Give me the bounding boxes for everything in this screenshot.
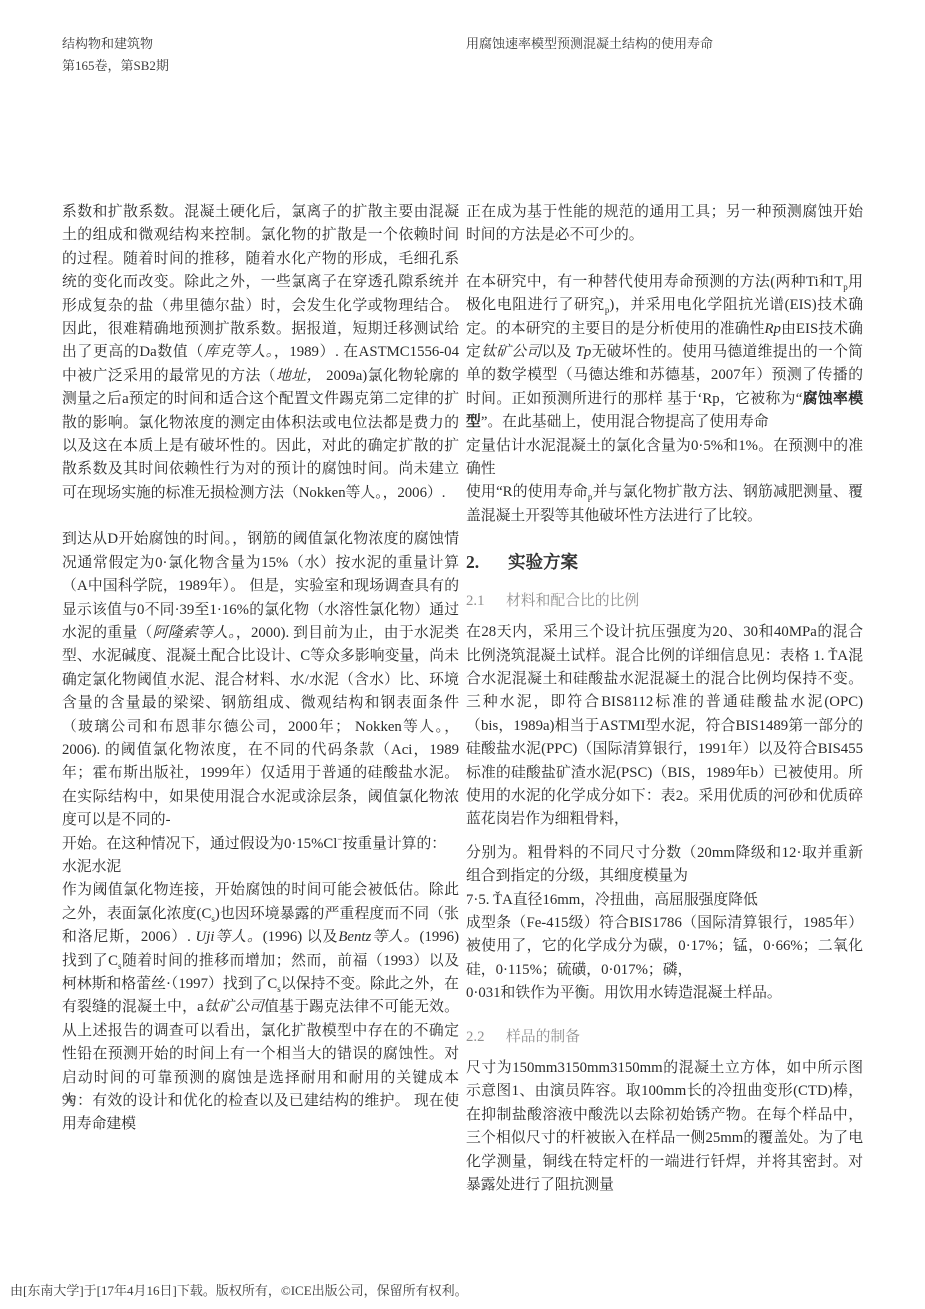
section-number: 2.: [466, 551, 508, 574]
journal-name: 结构物和建筑物: [62, 33, 169, 55]
right-paragraph-2: 在本研究中，有一种替代使用寿命预测的方法(两种Ti和Tp用极化电阻进行了研究p)…: [466, 271, 863, 528]
right-paragraph-4: 分别为。粗骨料的不同尺寸分数（20mm降级和12·取并重新组合到指定的分级，其细…: [466, 842, 863, 1006]
left-column: 系数和扩散系数。混凝土硬化后，氯离子的扩散主要由混凝土的组成和微观结构来控制。氯…: [62, 201, 459, 1137]
header-left: 结构物和建筑物 第165卷，第SB2期: [62, 33, 169, 77]
left-paragraph-1: 系数和扩散系数。混凝土硬化后，氯离子的扩散主要由混凝土的组成和微观结构来控制。氯…: [62, 201, 459, 505]
section-heading-2: 2.实验方案: [466, 551, 863, 574]
page-number: 96: [62, 1092, 76, 1108]
running-title: 用腐蚀速率模型预测混凝土结构的使用寿命: [466, 33, 866, 52]
subsection-number: 2.1: [466, 590, 506, 613]
subsection-title: 材料和配合比的比例: [506, 593, 639, 609]
subsection-number: 2.2: [466, 1026, 506, 1049]
right-paragraph-5: 尺寸为150mm3150mm3150mm的混凝土立方体，如中所示图示意图1、由演…: [466, 1057, 863, 1197]
download-copyright-notice: 由[东南大学]于[17年4月16日]下载。版权所有，©ICE出版公司，保留所有权…: [10, 1280, 468, 1299]
right-paragraph-1: 正在成为基于性能的规范的通用工具；另一种预测腐蚀开始时间的方法是必不可少的。: [466, 201, 863, 248]
subsection-title: 样品的制备: [506, 1029, 580, 1045]
subsection-heading-2-2: 2.2样品的制备: [466, 1026, 863, 1049]
volume-issue: 第165卷，第SB2期: [62, 55, 169, 77]
left-paragraph-2: 到达从D开始腐蚀的时间。，钢筋的阈值氯化物浓度的腐蚀情况通常假定为0·氯化物含量…: [62, 528, 459, 1137]
section-title: 实验方案: [508, 552, 578, 572]
document-page: 结构物和建筑物 第165卷，第SB2期 用腐蚀速率模型预测混凝土结构的使用寿命 …: [0, 0, 925, 1309]
right-column: 正在成为基于性能的规范的通用工具；另一种预测腐蚀开始时间的方法是必不可少的。 在…: [466, 201, 863, 1197]
right-paragraph-3: 在28天内，采用三个设计抗压强度为20、30和40MPa的混合比例浇筑混凝土试样…: [466, 621, 863, 832]
subsection-heading-2-1: 2.1材料和配合比的比例: [466, 590, 863, 613]
